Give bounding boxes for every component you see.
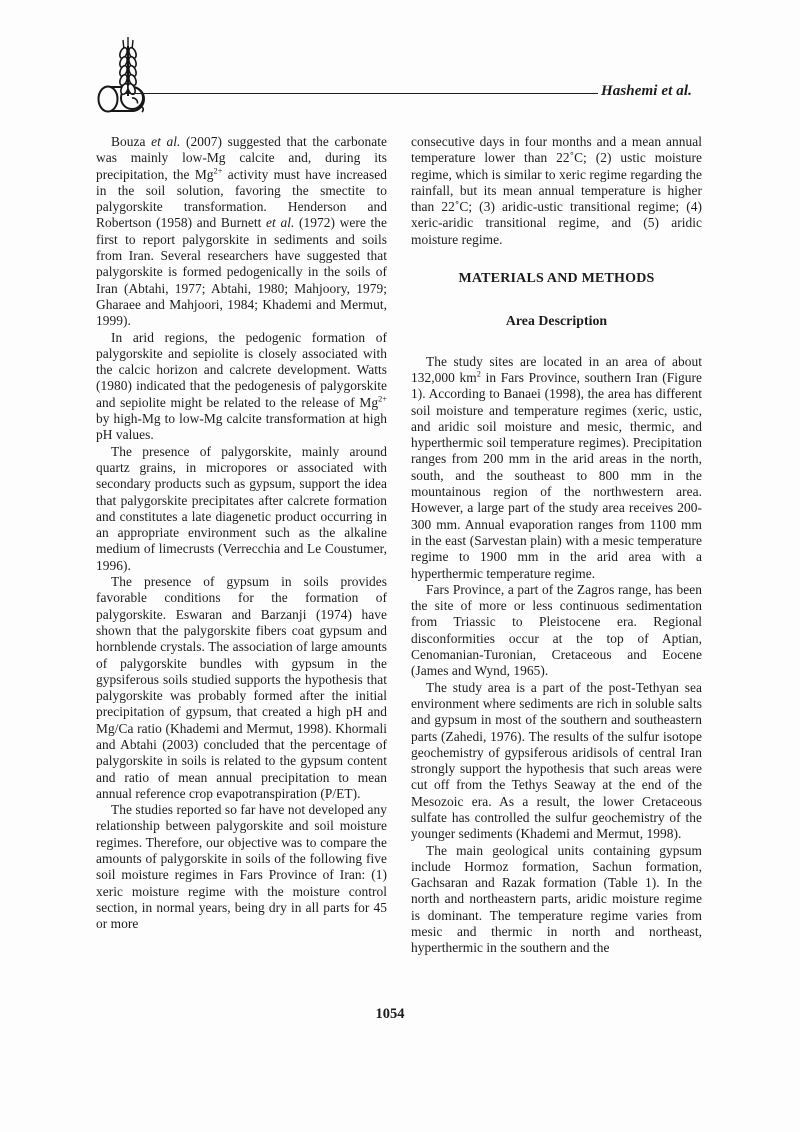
text-column-left: Bouza et al. (2007) suggested that the c… [96,134,387,933]
body-paragraph: In arid regions, the pedogenic formation… [96,330,387,444]
journal-logo [92,36,166,120]
page-number: 1054 [96,1006,684,1023]
text-run: by high-Mg to low-Mg calcite transformat… [96,411,387,442]
wheat-sheaf-icon [92,36,166,120]
subsection-heading: Area Description [411,313,702,329]
superscript-text: 2+ [378,394,387,403]
text-run: consecutive days in four months and a me… [411,134,702,247]
section-heading: MATERIALS AND METHODS [411,271,702,287]
header-rule [126,93,598,94]
text-run: In arid regions, the pedogenic formation… [96,330,387,410]
text-run: The presence of gypsum in soils provides… [96,574,387,801]
text-run: (1972) were the first to report palygors… [96,215,387,328]
running-head-author: Hashemi et al. [601,83,692,100]
body-paragraph: The main geological units containing gyp… [411,843,702,957]
text-run: in Fars Province, southern Iran (Figure … [411,370,702,581]
text-run: The presence of palygorskite, mainly aro… [96,444,387,573]
journal-page: Hashemi et al. Bouza et al. (2007) sugge… [0,0,800,1132]
text-column-right: consecutive days in four months and a me… [411,134,702,957]
text-run: Bouza [111,134,151,149]
text-run: et al. [151,134,180,149]
text-run: et al. [266,215,294,230]
text-run: The main geological units containing gyp… [411,843,702,956]
body-paragraph: Fars Province, a part of the Zagros rang… [411,582,702,680]
body-paragraph: The studies reported so far have not dev… [96,802,387,932]
body-paragraph: The study area is a part of the post-Tet… [411,680,702,843]
body-paragraph: The presence of gypsum in soils provides… [96,574,387,802]
text-run: The study area is a part of the post-Tet… [411,680,702,842]
body-paragraph: consecutive days in four months and a me… [411,134,702,248]
text-run: Fars Province, a part of the Zagros rang… [411,582,702,678]
body-paragraph: The study sites are located in an area o… [411,354,702,582]
body-paragraph: Bouza et al. (2007) suggested that the c… [96,134,387,330]
body-paragraph: The presence of palygorskite, mainly aro… [96,444,387,574]
text-run: The studies reported so far have not dev… [96,802,387,931]
